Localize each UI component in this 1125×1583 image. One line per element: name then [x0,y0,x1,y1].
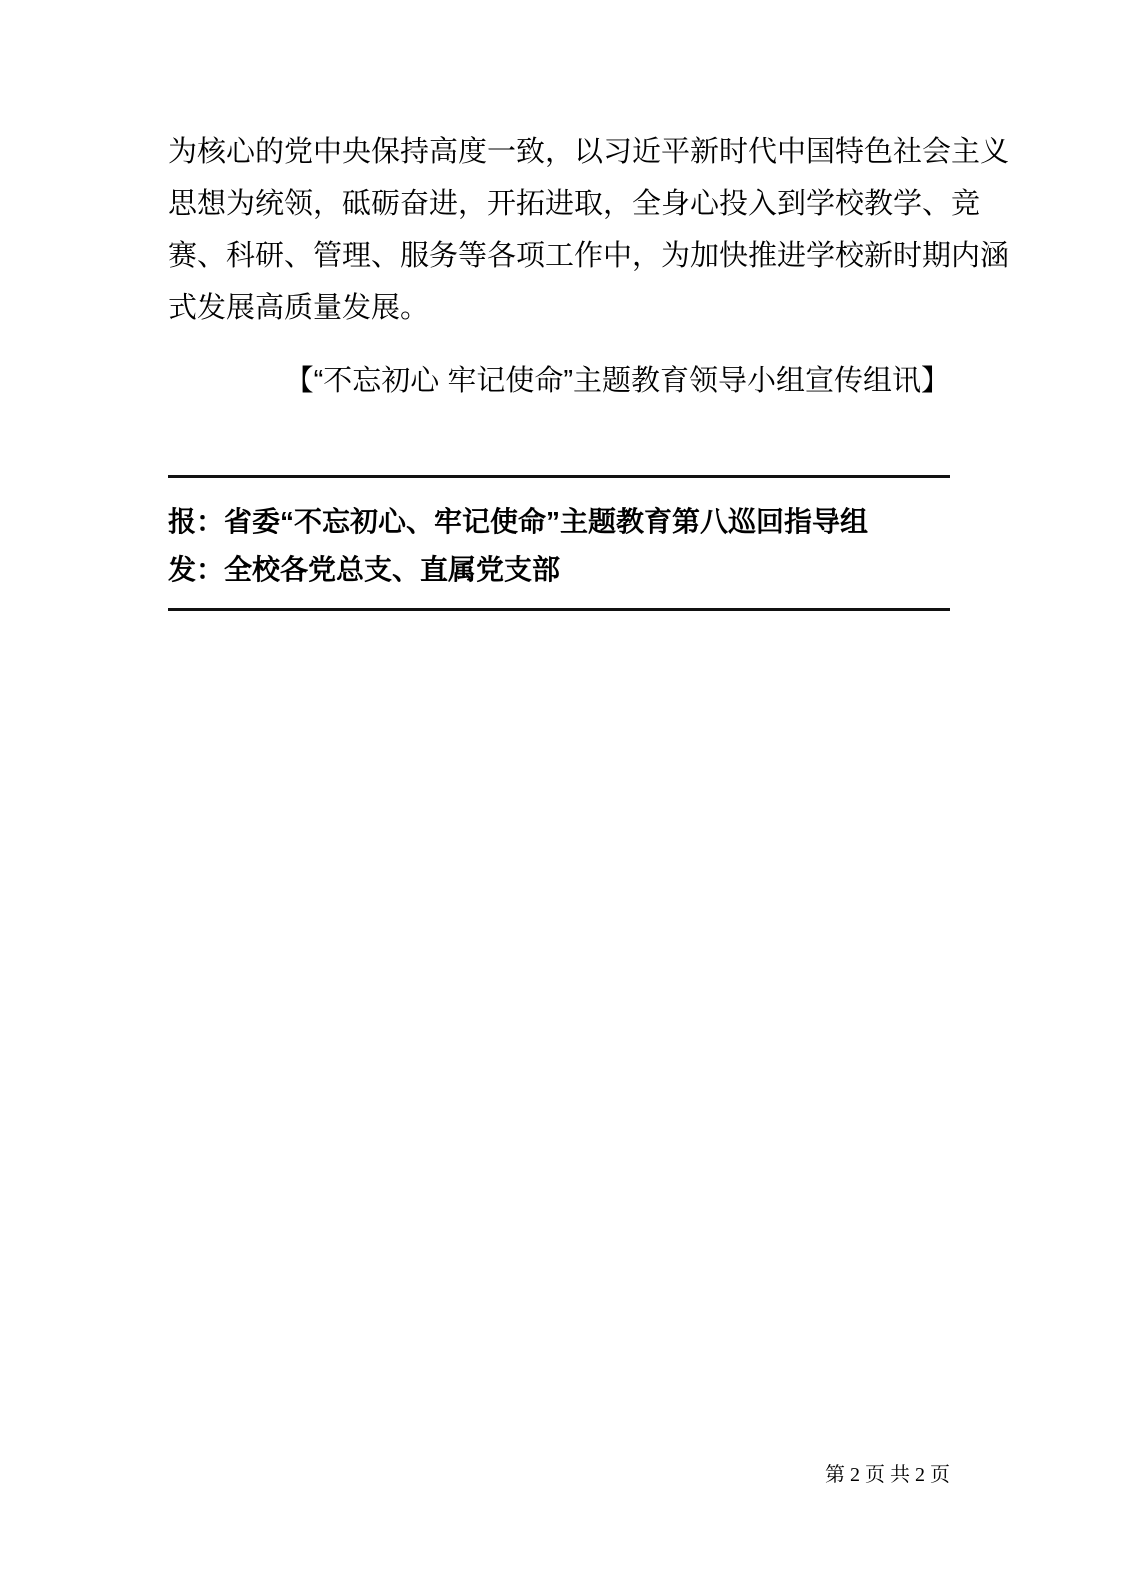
divider-bottom [168,608,950,611]
body-paragraph: 为核心的党中央保持高度一致，以习近平新时代中国特色社会主义 思想为统领，砥砺奋进… [168,126,950,334]
divider-top [168,475,950,478]
document-page: 为核心的党中央保持高度一致，以习近平新时代中国特色社会主义 思想为统领，砥砺奋进… [0,0,1125,1583]
distribution-report-to: 报：省委“不忘初心、牢记使命”主题教育第八巡回指导组 [168,498,950,546]
body-paragraph-line-2: 思想为统领，砥砺奋进，开拓进取，全身心投入到学校教学、竞 [168,178,950,230]
body-paragraph-line-4: 式发展高质量发展。 [168,282,950,334]
distribution-block: 报：省委“不忘初心、牢记使命”主题教育第八巡回指导组 发：全校各党总支、直属党支… [168,498,950,594]
page-number-indicator: 第 2 页 共 2 页 [825,1462,950,1488]
byline-attribution: 【“不忘初心 牢记使命”主题教育领导小组宣传组讯】 [168,355,950,407]
distribution-issued-to: 发：全校各党总支、直属党支部 [168,546,950,594]
body-paragraph-line-3: 赛、科研、管理、服务等各项工作中，为加快推进学校新时期内涵 [168,230,950,282]
body-paragraph-line-1: 为核心的党中央保持高度一致，以习近平新时代中国特色社会主义 [168,126,950,178]
document-content: 为核心的党中央保持高度一致，以习近平新时代中国特色社会主义 思想为统领，砥砺奋进… [168,0,950,611]
